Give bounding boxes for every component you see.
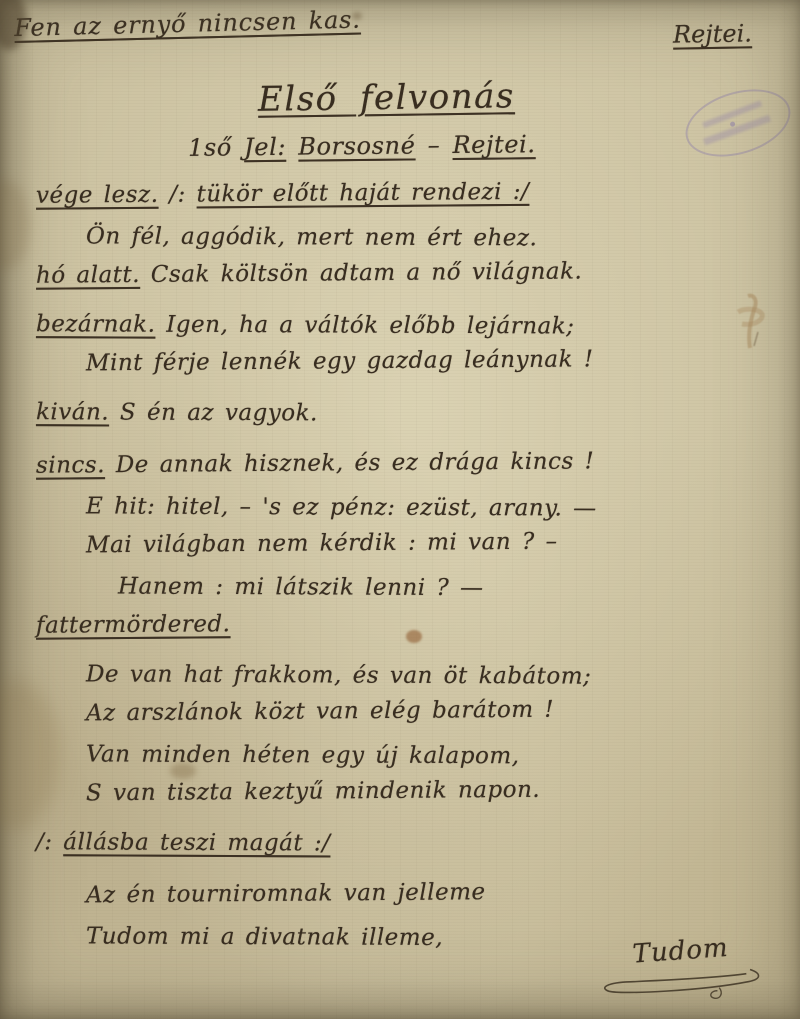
text-segment: – <box>415 131 452 159</box>
signature-flourish: Tudom <box>598 930 772 1012</box>
manuscript-line: Mai világban nem kérdik : mi van ? – <box>0 520 800 566</box>
text-segment: Ön fél, aggódik, mert nem ért ehez. <box>86 223 537 251</box>
text-segment: Az én tourniromnak van jelleme <box>86 879 486 908</box>
underlined-text-segment: bezárnak. <box>36 311 156 338</box>
underlined-text-segment: hó alatt. <box>36 262 140 289</box>
text-segment: Az arszlánok közt van elég barátom ! <box>86 697 554 727</box>
text-segment: /: <box>36 829 63 855</box>
act-title: Első felvonás <box>258 76 515 120</box>
underlined-text-segment: Borsosné <box>298 131 415 160</box>
oval-stamp-icon <box>677 78 798 169</box>
manuscript-page: Fen az ernyő nincsen kas. Rejtei. Első f… <box>0 0 800 1019</box>
text-segment: De annak hisznek, és ez drága kincs ! <box>105 448 595 478</box>
manuscript-line: /: állásba teszi magát :/ <box>0 822 800 865</box>
play-title: Fen az ernyő nincsen kas. <box>14 6 361 42</box>
underlined-text-segment: vége lesz. <box>36 182 159 209</box>
underlined-text-segment: Rejtei. <box>452 130 535 159</box>
manuscript-line: Az én tourniromnak van jelleme <box>0 870 800 916</box>
text-segment: Igen, ha a váltók előbb lejárnak; <box>155 312 574 340</box>
ink-smudge <box>724 292 772 358</box>
underlined-text-segment: fattermördered. <box>36 611 231 639</box>
scene-heading: 1ső Jel: Borsosné – Rejtei. <box>188 130 536 162</box>
text-segment: Tudom mi a divatnak illeme, <box>86 923 443 951</box>
manuscript-line: Mint férje lennék egy gazdag leánynak ! <box>0 338 800 384</box>
text-segment: /: <box>158 181 196 207</box>
manuscript-line: sincs. De annak hisznek, és ez drága kin… <box>0 440 800 486</box>
signature-swash-icon <box>600 960 772 1012</box>
manuscript-line: vége lesz. /: tükör előtt haját rendezi … <box>0 170 800 216</box>
text-segment: Van minden héten egy új kalapom, <box>86 741 520 769</box>
text-segment <box>286 133 299 161</box>
manuscript-line: hó alatt. Csak költsön adtam a nő világn… <box>0 250 800 296</box>
text-segment: Hanem : mi látszik lenni ? — <box>118 574 484 602</box>
manuscript-line: Az arszlánok közt van elég barátom ! <box>0 688 800 734</box>
underlined-text-segment: Jel: <box>244 133 286 161</box>
manuscript-body: vége lesz. /: tükör előtt haját rendezi … <box>0 176 800 956</box>
manuscript-line: S van tiszta keztyű mindenik napon. <box>0 768 800 814</box>
text-segment: Csak költsön adtam a nő világnak. <box>140 258 582 287</box>
text-segment: De van hat frakkom, és van öt kabátom; <box>86 661 591 689</box>
manuscript-line: kiván. S én az vagyok. <box>0 392 800 435</box>
underlined-text-segment: tükör előtt haját rendezi :/ <box>196 179 529 208</box>
text-segment: Mai világban nem kérdik : mi van ? – <box>86 529 558 559</box>
underlined-text-segment: sincs. <box>36 452 105 479</box>
underlined-text-segment: kiván. <box>36 399 109 425</box>
manuscript-line: fattermördered. <box>0 600 800 646</box>
text-segment: Mint férje lennék egy gazdag leánynak ! <box>86 346 594 376</box>
text-segment: S van tiszta keztyű mindenik napon. <box>86 777 540 807</box>
character-name-header: Rejtei. <box>673 19 752 48</box>
underlined-text-segment: állásba teszi magát :/ <box>63 829 330 856</box>
text-segment: 1ső <box>188 133 244 162</box>
text-segment: E hit: hitel, – 's ez pénz: ezüst, arany… <box>86 493 597 521</box>
text-segment: S én az vagyok. <box>109 399 318 426</box>
